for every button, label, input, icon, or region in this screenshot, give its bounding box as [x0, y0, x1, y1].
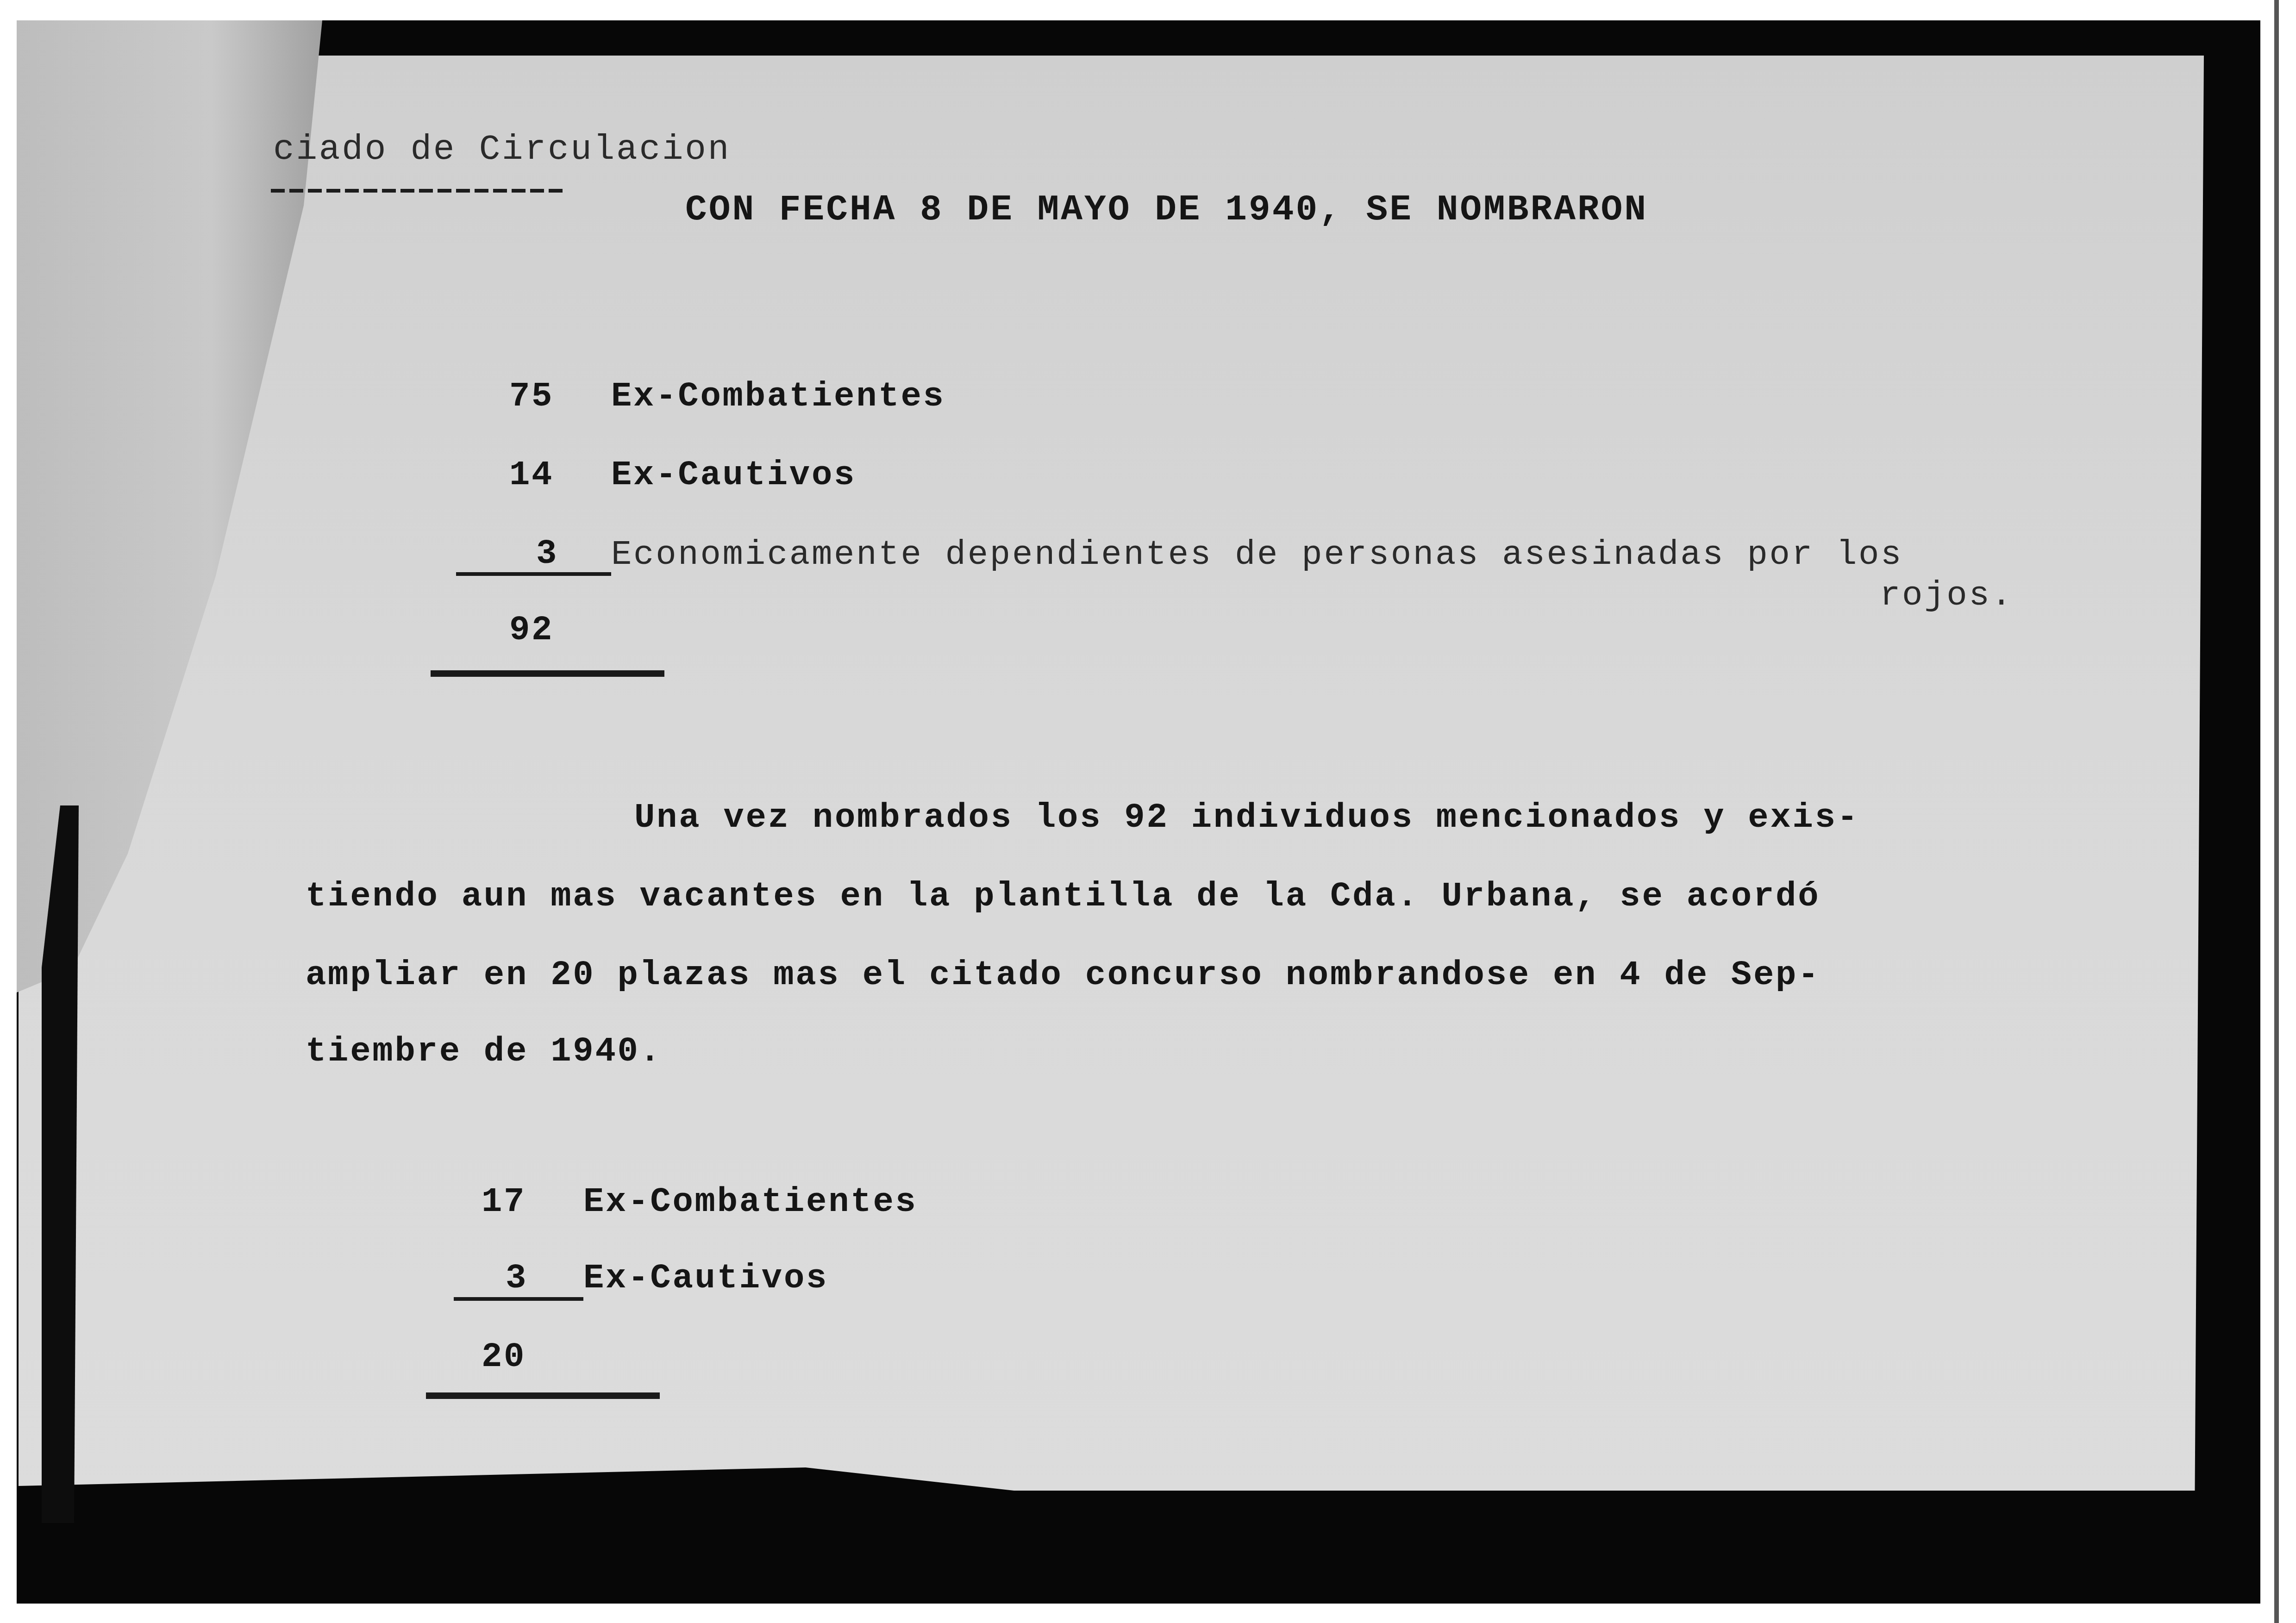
- label-ex-cautivos-2: Ex-Cautivos: [583, 1259, 828, 1298]
- total-double-rule-2: [426, 1392, 660, 1399]
- header-fragment: ciado de Circulacion: [273, 130, 731, 169]
- count-ex-combatientes-1: 75: [509, 377, 554, 416]
- paragraph-line-4: tiembre de 1940.: [306, 1032, 662, 1071]
- label-ex-combatientes-1: Ex-Combatientes: [611, 377, 945, 416]
- count-ex-cautivos-2: 3: [506, 1259, 528, 1298]
- typed-page: [19, 56, 2204, 1514]
- label-dependientes: Economicamente dependientes de personas …: [611, 536, 1903, 574]
- total-second-appointment: 20: [482, 1338, 526, 1377]
- label-ex-combatientes-2: Ex-Combatientes: [583, 1183, 918, 1222]
- document-title: CON FECHA 8 DE MAYO DE 1940, SE NOMBRARO…: [685, 190, 1648, 231]
- count-ex-cautivos-1: 14: [509, 456, 554, 495]
- torn-edge-shadow: [46, 1491, 2218, 1546]
- count-ex-combatientes-2: 17: [482, 1183, 526, 1222]
- scan-edge-strip: [2274, 0, 2279, 1623]
- total-first-appointment: 92: [509, 611, 554, 650]
- count-dependientes: 3: [536, 535, 558, 574]
- header-dash-rule: [271, 189, 567, 193]
- label-dependientes-continuation: rojos.: [1880, 576, 2014, 615]
- paragraph-line-3: ampliar en 20 plazas mas el citado concu…: [306, 956, 1820, 995]
- subtotal-rule-1: [456, 572, 611, 576]
- label-ex-cautivos-1: Ex-Cautivos: [611, 456, 856, 495]
- paragraph-line-1: Una vez nombrados los 92 individuos menc…: [634, 799, 1859, 837]
- paragraph-line-2: tiendo aun mas vacantes en la plantilla …: [306, 877, 1820, 916]
- total-double-rule-1: [431, 670, 664, 677]
- subtotal-rule-2: [454, 1297, 583, 1301]
